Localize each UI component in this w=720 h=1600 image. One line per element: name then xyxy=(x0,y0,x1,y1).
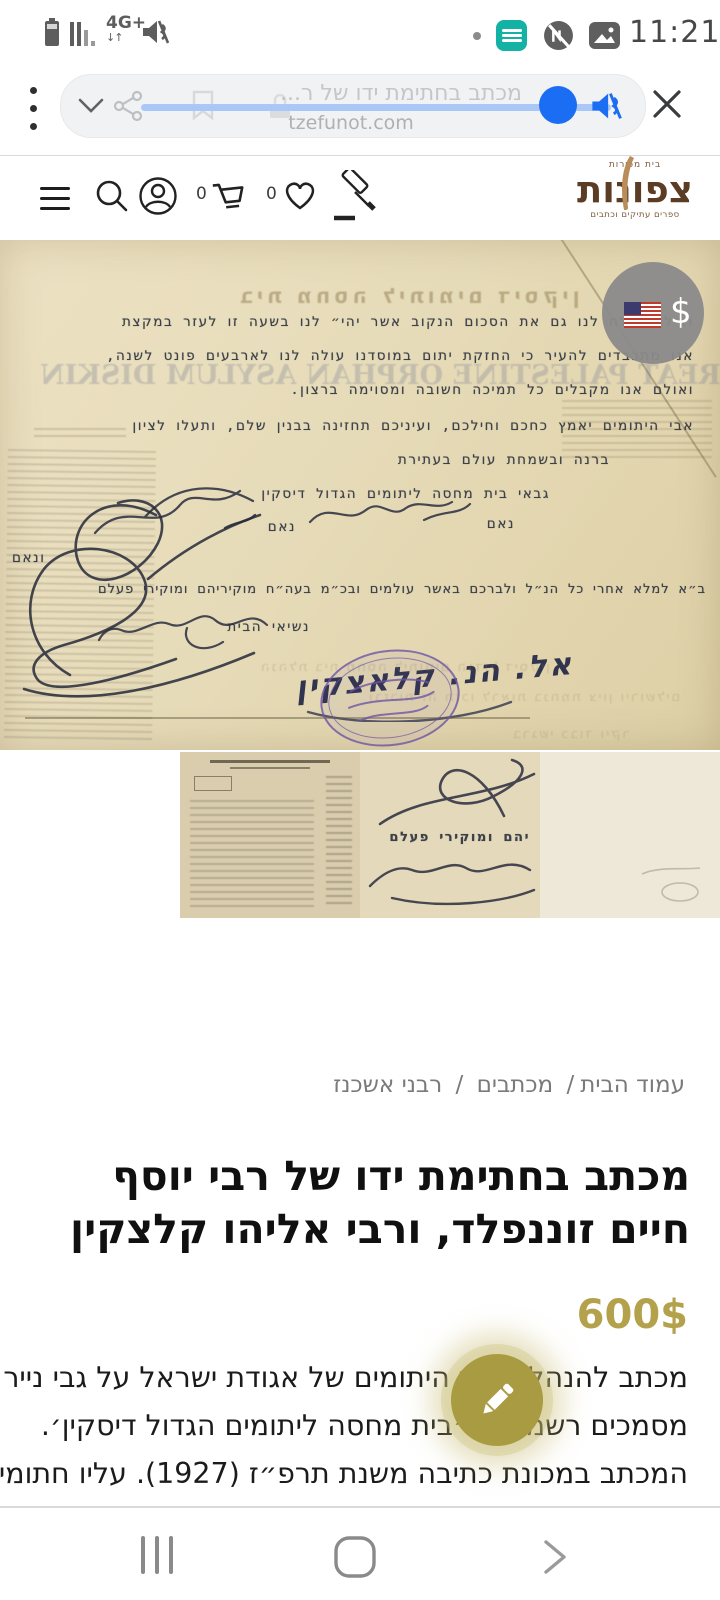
us-flag-icon xyxy=(624,302,661,328)
large-ink-flourish xyxy=(8,483,266,705)
browser-toolbar: מכתב בחתימת ידו של ר... tzefunot.com xyxy=(0,60,720,156)
product-main-image[interactable]: בית מחסה ליתומים דיסקין ואילו לשלח לנו ג… xyxy=(0,240,720,750)
product-title: מכתב בחתימת ידו של רבי יוסף חיים זוננפלד… xyxy=(50,1150,690,1256)
site-header: 0 0 בית מכירות צפונות ספרים עתיקים וכתבי… xyxy=(0,156,720,240)
thumb-text-block xyxy=(190,800,314,908)
teal-app-notification-icon xyxy=(496,20,527,51)
breadcrumb-home[interactable]: עמוד הבית xyxy=(580,1072,685,1098)
thumbnail-document[interactable] xyxy=(180,752,360,918)
thumb-ink-script xyxy=(364,850,536,912)
thumbnail-signature[interactable]: יהם ומוקירי פעלם xyxy=(360,752,540,918)
edit-fab-button[interactable] xyxy=(451,1354,543,1446)
description-line: מסמכים רשמי של ׳בית מחסה ליתומים הגדול ד… xyxy=(30,1402,688,1450)
wishlist-count-badge: 0 xyxy=(266,184,277,204)
breadcrumb: עמוד הבית/ מכתבים / רבני אשכנז xyxy=(330,1072,688,1098)
pencil-icon xyxy=(474,1377,520,1423)
home-icon[interactable] xyxy=(333,1535,377,1579)
clock: 11:21 xyxy=(629,15,720,50)
search-icon[interactable] xyxy=(92,176,132,216)
typed-word-naam: נאם xyxy=(268,519,296,535)
cart-icon[interactable] xyxy=(206,174,250,218)
speaker-muted-icon[interactable] xyxy=(589,88,625,124)
gallery-icon xyxy=(589,22,620,49)
back-icon[interactable] xyxy=(534,1537,574,1577)
media-volume-pill: מכתב בחתימת ידו של ר... tzefunot.com xyxy=(60,74,646,138)
mute-vibrate-icon xyxy=(140,16,172,48)
quill-icon xyxy=(616,154,636,214)
typed-word-naam: נאם xyxy=(487,516,515,532)
status-bar: 4G+ ↓↑ 11:21 xyxy=(0,0,720,60)
blocked-circle-icon xyxy=(543,20,574,51)
bleedthrough-line: ברגשי כבוד ויקר xyxy=(511,727,630,742)
thumb-faint-mark xyxy=(636,864,706,904)
faint-text-block xyxy=(562,400,712,460)
notification-dot xyxy=(473,32,481,40)
chevron-down-icon[interactable] xyxy=(77,97,105,115)
thumbnail-blank-page[interactable] xyxy=(540,752,720,918)
currency-symbol: $ xyxy=(670,292,692,332)
close-icon[interactable] xyxy=(650,87,684,121)
faint-text-line xyxy=(34,428,126,437)
phone-screen: 4G+ ↓↑ 11:21 מכתב בחתימת ידו של ר... tze… xyxy=(0,0,720,1600)
bleedthrough-header: בית מחסה ליתומים דיסקין xyxy=(236,284,580,308)
thumb-box xyxy=(194,776,232,791)
kebab-menu-icon[interactable] xyxy=(30,76,37,141)
url-text: tzefunot.com xyxy=(181,112,521,134)
description-line: מכתב להנהלת בית היתומים של אגודת ישראל ע… xyxy=(30,1354,688,1402)
logo-name: צפונות xyxy=(566,170,704,210)
volume-slider-thumb[interactable] xyxy=(539,86,577,124)
gavel-icon[interactable] xyxy=(328,170,380,226)
heart-icon[interactable] xyxy=(280,176,320,216)
breadcrumb-separator: / xyxy=(456,1072,464,1098)
product-price: 600$ xyxy=(577,1292,688,1338)
android-nav-bar xyxy=(0,1506,720,1600)
thumb-header-line xyxy=(210,760,330,763)
thumb-ink-flourish xyxy=(364,754,536,828)
currency-selector-button[interactable]: $ xyxy=(602,262,704,364)
site-logo[interactable]: בית מכירות צפונות ספרים עתיקים וכתבים xyxy=(566,160,704,220)
signal-bars-icon xyxy=(70,20,100,46)
typed-line: ואולם אנו מקבלים כל תמיכה חשובה ומסוימה … xyxy=(290,382,694,398)
cart-count-badge: 0 xyxy=(196,184,207,204)
breadcrumb-separator: / xyxy=(567,1072,575,1098)
share-icon[interactable] xyxy=(111,89,145,123)
ink-signature xyxy=(304,490,474,538)
breadcrumb-letters[interactable]: מכתבים xyxy=(477,1072,554,1098)
account-icon[interactable] xyxy=(136,174,180,218)
thumb-text-column xyxy=(326,776,352,906)
thumb-header-line xyxy=(230,767,310,769)
oval-ink-stamp xyxy=(314,641,466,750)
battery-icon xyxy=(44,18,60,46)
hamburger-menu-icon[interactable] xyxy=(40,180,70,217)
thumb-typed-text: יהם ומוקירי פעלם xyxy=(389,830,530,845)
description-line: המכתב במכונת כתיבה משנת תרפ״ז (1927). על… xyxy=(30,1450,688,1498)
breadcrumb-category[interactable]: רבני אשכנז xyxy=(333,1072,442,1098)
recents-icon[interactable] xyxy=(136,1536,178,1578)
